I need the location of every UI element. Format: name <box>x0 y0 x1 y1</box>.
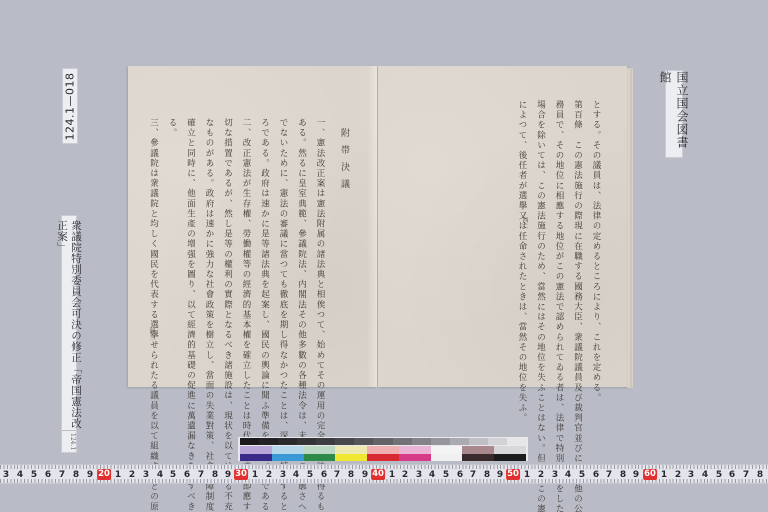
left-page-body: 一、憲法改正案は憲法附属の諸法典と相俟つて、始めてその運用の完全を期待し得るもの… <box>144 118 329 378</box>
ruler-mark: 2 <box>129 470 135 480</box>
ruler-mark: 8 <box>73 470 79 480</box>
ruler-mark: 3 <box>280 470 286 480</box>
ruler-mark: 5 <box>716 470 722 480</box>
color-swatch-cyan <box>272 446 304 461</box>
color-swatch-magenta <box>399 446 431 461</box>
measuring-ruler: 3456789201234567893012345678940123456789… <box>0 464 768 484</box>
text-column: 務員で、その地位に相應する地位がこの憲法で認められてゐる者は、法律で特別の定をし… <box>550 100 569 370</box>
ruler-mark: 4 <box>157 470 163 480</box>
gray-patch <box>316 438 335 445</box>
text-column: 第百條 この憲法施行の際現に在職する國務大臣、衆議院議員及び裁判官並びにその他の… <box>568 100 587 370</box>
catalog-id-label: 124.1—018 <box>62 68 78 144</box>
right-page-number: 四二 <box>520 217 529 229</box>
color-swatch-strip <box>240 446 526 461</box>
ruler-mark: 5 <box>31 470 37 480</box>
ruler-mark: 1 <box>524 470 530 480</box>
gray-patch <box>488 438 507 445</box>
ruler-mark: 1 <box>115 470 121 480</box>
text-column: ろである。政府は速かに是等諸法典を起案し、國民の輿論に聞ふ準備をなすべきである。 <box>255 118 274 378</box>
catalog-id-text: 124.1—018 <box>64 72 77 140</box>
gray-patch <box>335 438 354 445</box>
ruler-mark: 4 <box>429 470 435 480</box>
ruler-mark: 9 <box>87 470 93 480</box>
text-column: なものがある。政府は速かに強力な社會政策を樹立し、當面の失業對策、社會保障制度の <box>200 118 219 378</box>
ruler-mark: 3 <box>143 470 149 480</box>
text-column: とする。その議員は、法律の定めるところにより、これを定める。 <box>587 100 606 370</box>
text-column: ある。然るに皇室典範、參議院法、内閣法その他多數の各種法令は、未だその輪廓さへ明… <box>292 118 311 378</box>
ruler-mark: 1 <box>252 470 258 480</box>
ruler-mark: 9 <box>633 470 639 480</box>
ruler-mark: 3 <box>688 470 694 480</box>
ruler-mark: 5 <box>170 470 176 480</box>
right-page-body: とする。その議員は、法律の定めるところにより、これを定める。第百條 この憲法施行… <box>513 100 606 370</box>
gray-patch <box>393 438 412 445</box>
text-column: 一、憲法改正案は憲法附属の諸法典と相俟つて、始めてその運用の完全を期待し得るもの… <box>311 118 330 378</box>
document-title-label: 衆議院特別委員会可決の修正「帝国憲法改正案」 124.1 <box>61 215 77 453</box>
ruler-major-mark: 40 <box>371 469 385 480</box>
ruler-mark: 5 <box>579 470 585 480</box>
ruler-mark: 1 <box>389 470 395 480</box>
gray-patch <box>278 438 297 445</box>
document-title-text: 衆議院特別委員会可決の修正「帝国憲法改正案」 <box>55 216 83 430</box>
ruler-major-mark: 60 <box>643 469 657 480</box>
library-stamp-label: 国立国会図書館 <box>665 70 683 158</box>
ruler-mark: 9 <box>362 470 368 480</box>
color-swatch-black <box>494 446 526 461</box>
ruler-mark: 7 <box>334 470 340 480</box>
color-swatch-red <box>367 446 399 461</box>
text-column: 二、改正憲法が生存權、勞働權等の經濟的基本權を確立したことは時代の要求に即應する… <box>237 118 256 378</box>
ruler-mark: 3 <box>416 470 422 480</box>
ruler-mark: 6 <box>184 470 190 480</box>
ruler-mark: 8 <box>484 470 490 480</box>
ruler-mark: 2 <box>266 470 272 480</box>
left-page-number: 四三 <box>147 328 156 340</box>
gray-patch <box>431 438 450 445</box>
gray-patch <box>259 438 278 445</box>
ruler-mark: 6 <box>321 470 327 480</box>
ruler-mark: 7 <box>59 470 65 480</box>
gray-patch <box>507 438 526 445</box>
text-column: 確立と同時に、他面生產の增强を圖り、以て經濟的基礎の促進に萬遺漏なきを期すべきで… <box>181 118 200 378</box>
ruler-mark: 4 <box>565 470 571 480</box>
ruler-mark: 2 <box>538 470 544 480</box>
text-column: 場合を除いては、この憲法施行のため、當然にはその地位を失ふことはない。但し、この… <box>531 100 550 370</box>
text-column: 切な措置であるが、然し是等の權利の實際となるべき諸施設は、現状を以ては頗る不充分 <box>218 118 237 378</box>
left-page-heading: 附帯決議 <box>338 128 351 196</box>
ruler-mark: 8 <box>757 470 763 480</box>
ruler-mark: 4 <box>293 470 299 480</box>
color-swatch-violet <box>240 446 272 461</box>
color-swatch-white <box>431 446 463 461</box>
ruler-mark: 7 <box>606 470 612 480</box>
ruler-mark: 2 <box>402 470 408 480</box>
gutter-highlight <box>367 66 377 387</box>
ruler-mark: 2 <box>675 470 681 480</box>
ruler-mark: 3 <box>552 470 558 480</box>
ruler-mark: 3 <box>3 470 9 480</box>
page-stack-edge <box>627 68 633 388</box>
ruler-mark: 9 <box>225 470 231 480</box>
ruler-mark: 6 <box>45 470 51 480</box>
ruler-mark: 4 <box>702 470 708 480</box>
text-column: る。 <box>163 118 182 378</box>
gray-patch <box>412 438 431 445</box>
left-page: 附帯決議 一、憲法改正案は憲法附属の諸法典と相俟つて、始めてその運用の完全を期待… <box>128 66 377 387</box>
ruler-mark: 7 <box>198 470 204 480</box>
gray-patch <box>240 438 259 445</box>
ruler-major-mark: 20 <box>97 469 111 480</box>
ruler-mark: 4 <box>17 470 23 480</box>
text-column: でないために、憲法の審議に當つても徹底を期し得なかつたことは、深く遺憾とするとこ <box>274 118 293 378</box>
gray-patch <box>297 438 316 445</box>
open-document: 附帯決議 一、憲法改正案は憲法附属の諸法典と相俟つて、始めてその運用の完全を期待… <box>128 66 634 388</box>
ruler-major-mark: 50 <box>506 469 520 480</box>
gray-patch <box>354 438 373 445</box>
text-column: によつて、後任者が選擧又は任命されたときは、當然その地位を失ふ。 <box>513 100 532 370</box>
ruler-mark: 6 <box>593 470 599 480</box>
ruler-mark: 8 <box>348 470 354 480</box>
grayscale-strip <box>240 438 526 445</box>
ruler-mark: 8 <box>212 470 218 480</box>
right-page: とする。その議員は、法律の定めるところにより、これを定める。第百條 この憲法施行… <box>377 66 627 387</box>
ruler-mark: 6 <box>457 470 463 480</box>
color-swatch-brown <box>462 446 494 461</box>
library-name-text: 国立国会図書館 <box>657 71 691 157</box>
gray-patch <box>450 438 469 445</box>
ruler-mark: 7 <box>743 470 749 480</box>
ruler-major-mark: 30 <box>234 469 248 480</box>
ruler-mark: 5 <box>307 470 313 480</box>
color-swatch-green <box>304 446 336 461</box>
gray-patch <box>373 438 392 445</box>
ruler-mark: 9 <box>497 470 503 480</box>
ruler-mark: 8 <box>620 470 626 480</box>
color-swatch-yellow <box>335 446 367 461</box>
ruler-mark: 7 <box>470 470 476 480</box>
ruler-mark: 5 <box>443 470 449 480</box>
ruler-mark: 6 <box>729 470 735 480</box>
gray-patch <box>469 438 488 445</box>
ruler-mark: 1 <box>661 470 667 480</box>
color-checker-chart <box>238 437 528 461</box>
catalog-small-text: 124.1 <box>62 430 76 452</box>
